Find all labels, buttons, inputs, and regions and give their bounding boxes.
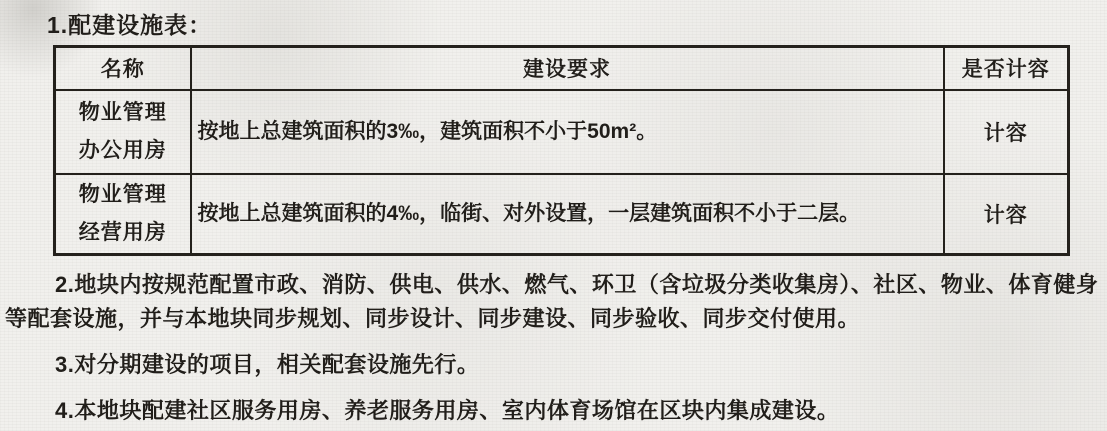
column-header-requirement: 建设要求 <box>191 47 944 90</box>
facility-name-line: 物业管理 <box>57 94 189 132</box>
table-row: 物业管理 经营用房 按地上总建筑面积的4‰，临街、对外设置，一层建筑面积不小于二… <box>55 174 1069 255</box>
paragraph-item-3: 3.对分期建设的项目，相关配套设施先行。 <box>5 348 1101 382</box>
requirement-cell: 按地上总建筑面积的4‰，临街、对外设置，一层建筑面积不小于二层。 <box>191 174 944 255</box>
table-row: 物业管理 办公用房 按地上总建筑面积的3‰，建筑面积不小于50m²。 计容 <box>55 90 1069 174</box>
requirement-cell: 按地上总建筑面积的3‰，建筑面积不小于50m²。 <box>191 90 944 174</box>
facility-name-line: 经营用房 <box>57 214 189 252</box>
section-heading: 1.配建设施表： <box>5 10 1107 40</box>
countable-cell: 计容 <box>944 90 1069 174</box>
paragraph-item-2: 2.地块内按规范配置市政、消防、供电、供水、燃气、环卫（含垃圾分类收集房）、社区… <box>5 268 1101 336</box>
column-header-name: 名称 <box>55 47 191 90</box>
countable-cell: 计容 <box>944 174 1069 255</box>
facility-name-line: 物业管理 <box>57 176 189 214</box>
facility-table: 名称 建设要求 是否计容 物业管理 办公用房 按地上总建筑面积的3‰，建筑面积不… <box>53 45 1070 256</box>
column-header-countable: 是否计容 <box>944 47 1069 90</box>
facility-name-cell: 物业管理 经营用房 <box>55 174 191 255</box>
paragraph-item-4: 4.本地块配建社区服务用房、养老服务用房、室内体育场馆在区块内集成建设。 <box>5 394 1101 428</box>
facility-name-cell: 物业管理 办公用房 <box>55 90 191 174</box>
table-header-row: 名称 建设要求 是否计容 <box>55 47 1069 90</box>
facility-name-line: 办公用房 <box>57 132 189 170</box>
document-page: 1.配建设施表： 名称 建设要求 是否计容 物业管理 办公用房 按地上总建筑面积… <box>0 0 1107 431</box>
